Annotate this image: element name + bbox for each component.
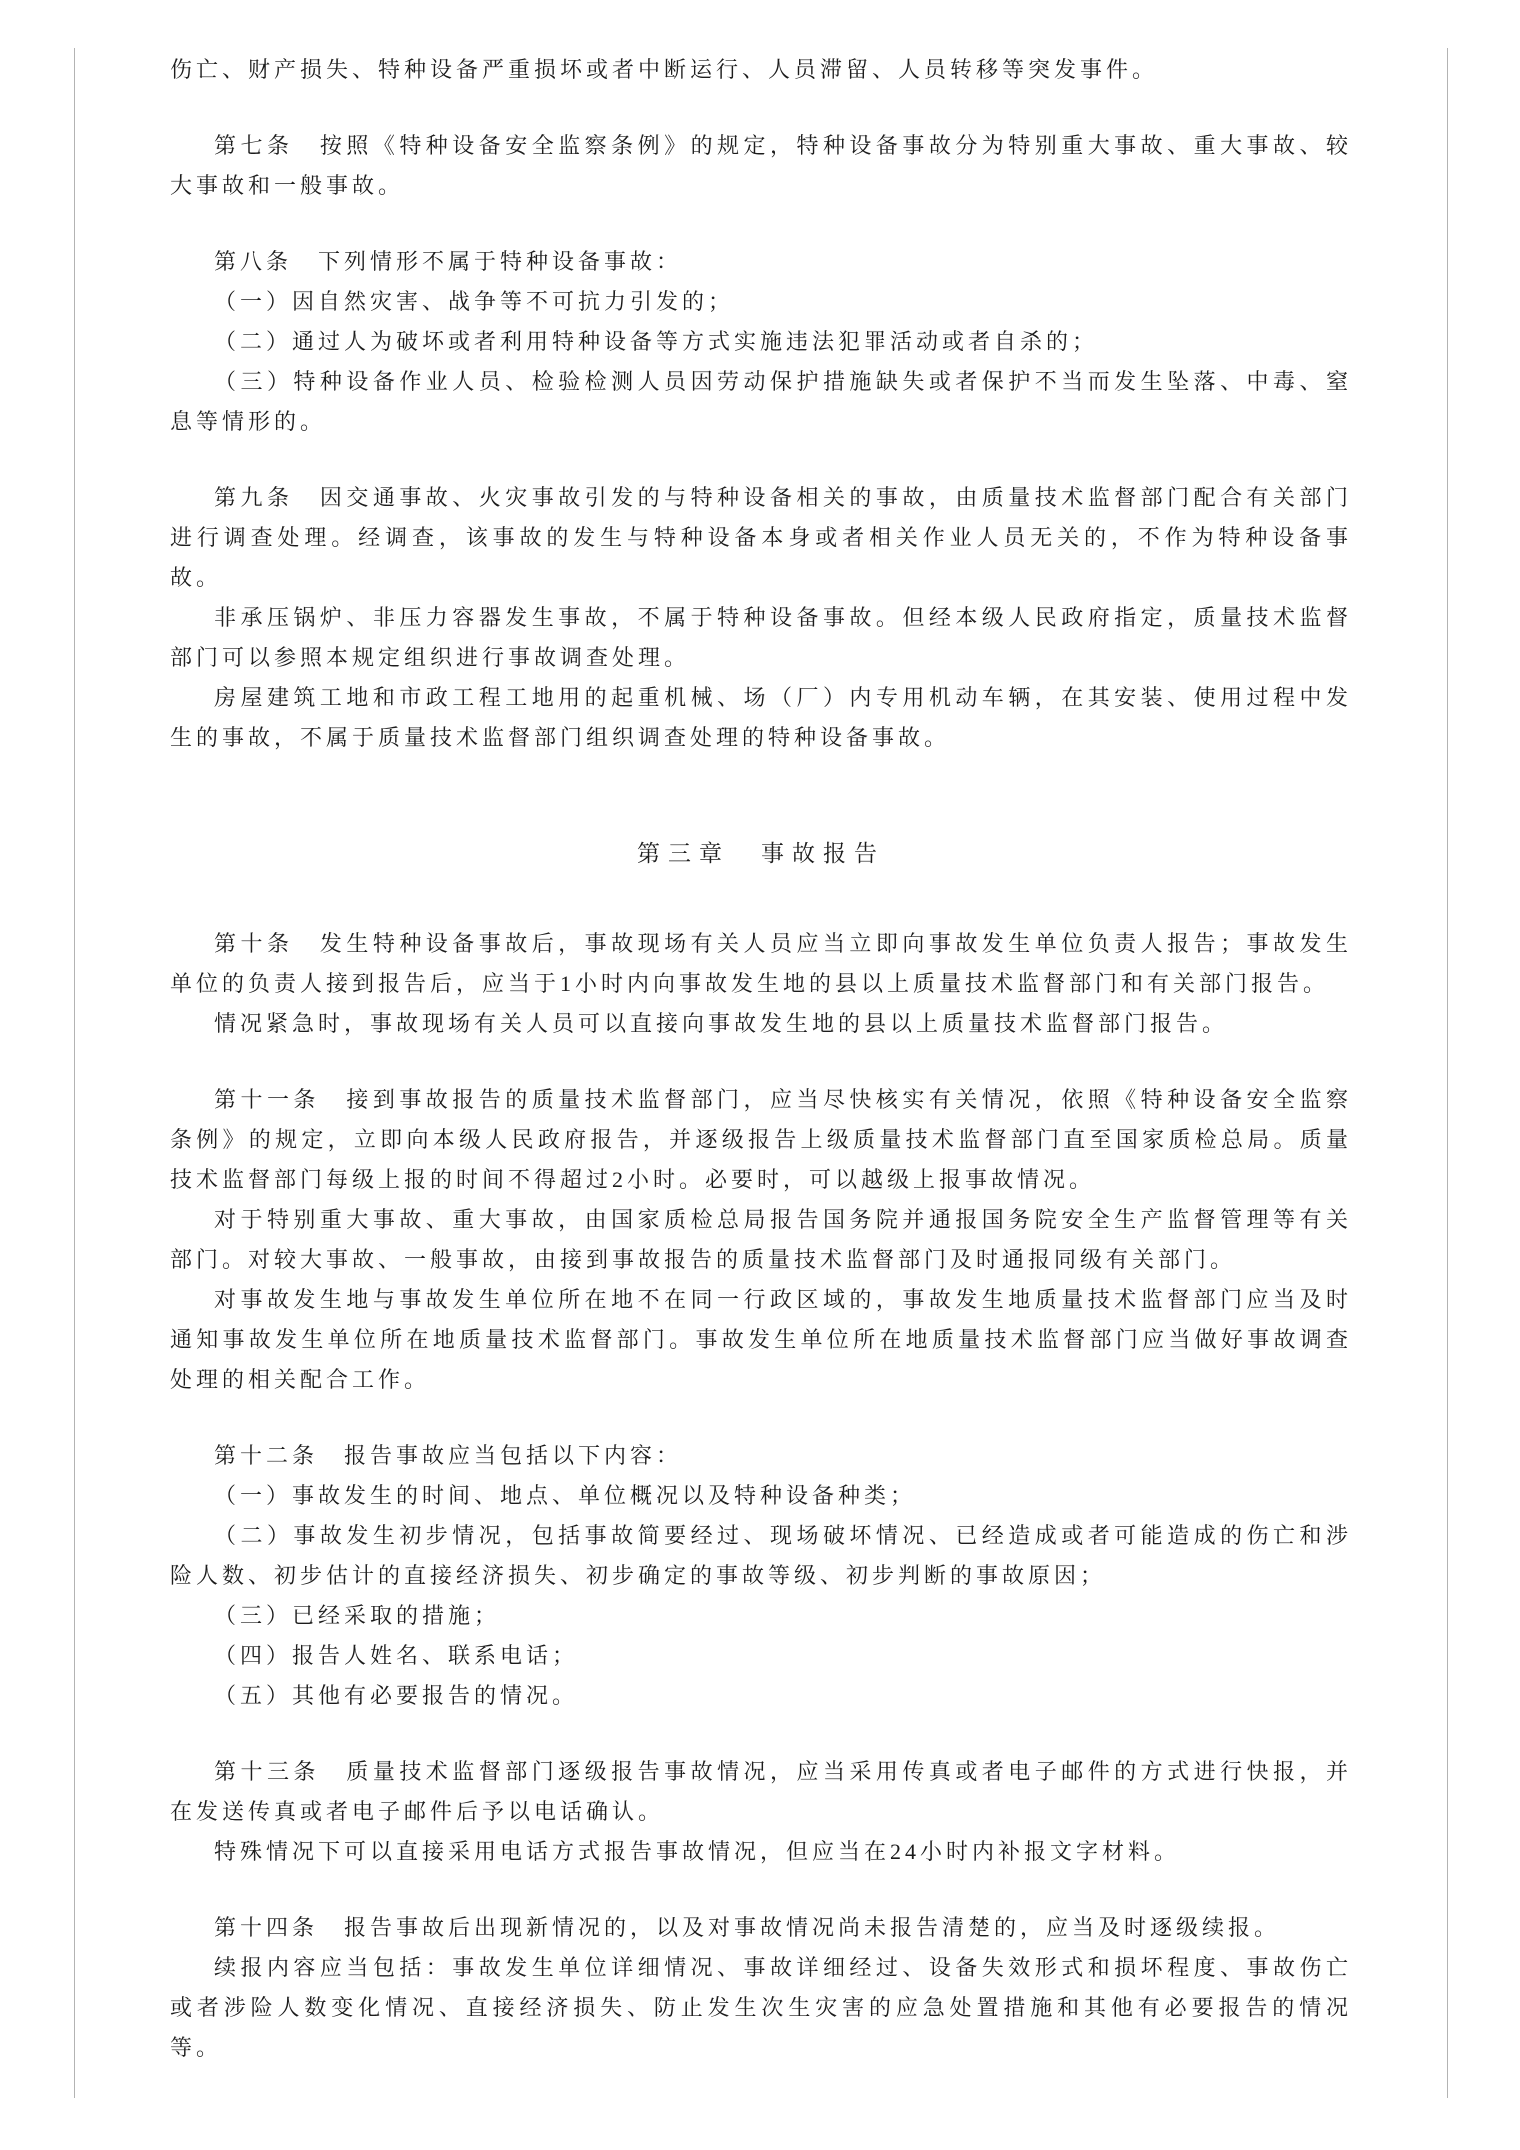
article-7-paragraph: 第七条 按照《特种设备安全监察条例》的规定，特种设备事故分为特别重大事故、重大事… bbox=[170, 126, 1352, 206]
article-10-paragraph: 第十条 发生特种设备事故后，事故现场有关人员应当立即向事故发生单位负责人报告；事… bbox=[170, 924, 1352, 1004]
article-8-item-2: （二）通过人为破坏或者利用特种设备等方式实施违法犯罪活动或者自杀的； bbox=[170, 322, 1352, 362]
article-12-item-5: （五）其他有必要报告的情况。 bbox=[170, 1676, 1352, 1716]
document-page: 伤亡、财产损失、特种设备严重损坏或者中断运行、人员滞留、人员转移等突发事件。 第… bbox=[74, 48, 1448, 2098]
chapter-3-heading: 第三章 事故报告 bbox=[170, 834, 1352, 874]
article-11-paragraph-2: 对于特别重大事故、重大事故，由国家质检总局报告国务院并通报国务院安全生产监督管理… bbox=[170, 1200, 1352, 1280]
article-11-paragraph-3: 对事故发生地与事故发生单位所在地不在同一行政区域的，事故发生地质量技术监督部门应… bbox=[170, 1280, 1352, 1400]
article-13-paragraph: 第十三条 质量技术监督部门逐级报告事故情况，应当采用传真或者电子邮件的方式进行快… bbox=[170, 1752, 1352, 1832]
article-9-paragraph-3: 房屋建筑工地和市政工程工地用的起重机械、场（厂）内专用机动车辆，在其安装、使用过… bbox=[170, 678, 1352, 758]
article-13-paragraph-2: 特殊情况下可以直接采用电话方式报告事故情况，但应当在24小时内补报文字材料。 bbox=[170, 1832, 1352, 1872]
article-12-item-2: （二）事故发生初步情况，包括事故简要经过、现场破坏情况、已经造成或者可能造成的伤… bbox=[170, 1516, 1352, 1596]
continuation-paragraph: 伤亡、财产损失、特种设备严重损坏或者中断运行、人员滞留、人员转移等突发事件。 bbox=[170, 50, 1352, 90]
article-12-item-4: （四）报告人姓名、联系电话； bbox=[170, 1636, 1352, 1676]
article-9-paragraph-2: 非承压锅炉、非压力容器发生事故，不属于特种设备事故。但经本级人民政府指定，质量技… bbox=[170, 598, 1352, 678]
article-8-item-1: （一）因自然灾害、战争等不可抗力引发的； bbox=[170, 282, 1352, 322]
article-14-paragraph: 第十四条 报告事故后出现新情况的，以及对事故情况尚未报告清楚的，应当及时逐级续报… bbox=[170, 1908, 1352, 1948]
article-11-paragraph: 第十一条 接到事故报告的质量技术监督部门，应当尽快核实有关情况，依照《特种设备安… bbox=[170, 1080, 1352, 1200]
article-12-paragraph: 第十二条 报告事故应当包括以下内容： bbox=[170, 1436, 1352, 1476]
article-9-paragraph: 第九条 因交通事故、火灾事故引发的与特种设备相关的事故，由质量技术监督部门配合有… bbox=[170, 478, 1352, 598]
article-14-paragraph-2: 续报内容应当包括：事故发生单位详细情况、事故详细经过、设备失效形式和损坏程度、事… bbox=[170, 1948, 1352, 2068]
article-8-paragraph: 第八条 下列情形不属于特种设备事故： bbox=[170, 242, 1352, 282]
article-10-paragraph-2: 情况紧急时，事故现场有关人员可以直接向事故发生地的县以上质量技术监督部门报告。 bbox=[170, 1004, 1352, 1044]
article-12-item-1: （一）事故发生的时间、地点、单位概况以及特种设备种类； bbox=[170, 1476, 1352, 1516]
article-8-item-3: （三）特种设备作业人员、检验检测人员因劳动保护措施缺失或者保护不当而发生坠落、中… bbox=[170, 362, 1352, 442]
article-12-item-3: （三）已经采取的措施； bbox=[170, 1596, 1352, 1636]
